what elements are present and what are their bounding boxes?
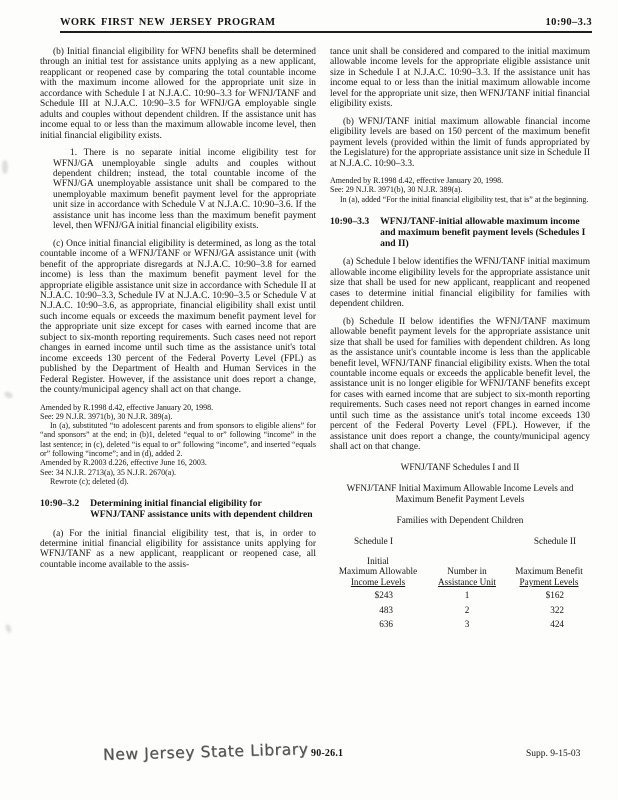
left-column: (b) Initial financial eligibility for WF… bbox=[40, 47, 316, 577]
header-line: Maximum Allowable bbox=[330, 566, 426, 577]
schedule-ii-label: Schedule II bbox=[534, 536, 576, 546]
history-line: See: 34 N.J.R. 2713(a), 35 N.J.R. 2670(a… bbox=[40, 468, 316, 477]
supplement-date: Supp. 9-15-03 bbox=[526, 749, 580, 759]
history-line: Amended by R.1998 d.42, effective Januar… bbox=[330, 176, 590, 185]
benefit-value: $162 bbox=[534, 588, 564, 603]
column-header-unit: Number in Assistance Unit bbox=[426, 556, 508, 588]
paragraph-a: (a) For the initial financial eligibilit… bbox=[40, 529, 316, 571]
section-heading-10-90-3-3: 10:90–3.3 WFNJ/TANF-initial allowable ma… bbox=[330, 216, 590, 250]
library-stamp: New Jersey State Library bbox=[103, 740, 309, 764]
right-column: tance unit shall be considered and compa… bbox=[330, 47, 590, 632]
header-line: Number in bbox=[426, 566, 508, 577]
header-line: Income Levels bbox=[330, 577, 426, 588]
table-cell: 1 bbox=[426, 588, 508, 603]
table-cell: 322 bbox=[508, 603, 590, 618]
history-line: Rewrote (c); deleted (d). bbox=[40, 477, 316, 486]
history-line: In (a), substituted “to adolescent paren… bbox=[40, 421, 316, 458]
history-line: Amended by R.2003 d.226, effective June … bbox=[40, 458, 316, 467]
scan-smudge bbox=[3, 390, 14, 399]
table-cell: 3 bbox=[426, 617, 508, 632]
table-cell: 636 bbox=[330, 617, 426, 632]
schedule-labels: Schedule I Schedule II bbox=[330, 536, 590, 546]
paragraph-b1: 1. There is no separate initial income e… bbox=[53, 148, 316, 232]
table-cell: $243 bbox=[330, 588, 426, 603]
section-number: 10:90–3.3 bbox=[330, 216, 369, 250]
table-cell: $162 bbox=[508, 588, 590, 603]
table-title: WFNJ/TANF Schedules I and II bbox=[330, 462, 590, 473]
benefit-value: 424 bbox=[534, 617, 564, 632]
section-heading-10-90-3-2: 10:90–3.2 Determining initial financial … bbox=[40, 498, 316, 520]
header-citation: 10:90–3.3 bbox=[546, 17, 592, 28]
history-line: In (a), added “For the initial financial… bbox=[330, 195, 590, 204]
table-cell: 2 bbox=[426, 603, 508, 618]
header-line: Initial bbox=[330, 556, 426, 567]
column-header-income: Initial Maximum Allowable Income Levels bbox=[330, 556, 426, 588]
table-subtitle: WFNJ/TANF Initial Maximum Allowable Inco… bbox=[334, 483, 586, 505]
amendment-history-right: Amended by R.1998 d.42, effective Januar… bbox=[330, 176, 590, 204]
paragraph-c: (c) Once initial financial eligibility i… bbox=[40, 239, 316, 396]
page-number: 90-26.1 bbox=[311, 748, 343, 759]
header-program-title: WORK FIRST NEW JERSEY PROGRAM bbox=[60, 17, 275, 28]
paragraph-b-right: (b) WFNJ/TANF initial maximum allowable … bbox=[330, 117, 590, 169]
scan-smudge bbox=[5, 623, 13, 633]
scan-smudge bbox=[2, 160, 8, 174]
schedule-grid: Initial Maximum Allowable Income Levels … bbox=[330, 556, 590, 632]
income-value: 636 bbox=[363, 617, 393, 632]
table-cell: 483 bbox=[330, 603, 426, 618]
income-value: $243 bbox=[363, 588, 393, 603]
header-line: Maximum Benefit bbox=[508, 566, 590, 577]
column-header-benefit: Maximum Benefit Payment Levels bbox=[508, 556, 590, 588]
table-caption: Families with Dependent Children bbox=[330, 515, 590, 526]
paragraph-b: (b) Initial financial eligibility for WF… bbox=[40, 47, 316, 141]
history-line: See: 29 N.J.R. 3971(b), 30 N.J.R. 389(a)… bbox=[40, 412, 316, 421]
header-line: Payment Levels bbox=[508, 577, 590, 588]
schedule-i-label: Schedule I bbox=[354, 536, 393, 546]
benefit-value: 322 bbox=[534, 603, 564, 618]
history-line: Amended by R.1998 d.42, effective Januar… bbox=[40, 403, 316, 412]
paragraph-a-right: (a) Schedule I below identifies the WFNJ… bbox=[330, 257, 590, 309]
paragraph-b2-right: (b) Schedule II below identifies the WFN… bbox=[330, 317, 590, 453]
income-value: 483 bbox=[363, 603, 393, 618]
table-cell: 424 bbox=[508, 617, 590, 632]
section-title: Determining initial financial eligibilit… bbox=[90, 498, 316, 520]
header-line: Assistance Unit bbox=[426, 577, 508, 588]
paragraph-continuation: tance unit shall be considered and compa… bbox=[330, 47, 590, 110]
section-number: 10:90–3.2 bbox=[40, 498, 79, 520]
section-title: WFNJ/TANF-initial allowable maximum inco… bbox=[380, 216, 590, 250]
page-header: WORK FIRST NEW JERSEY PROGRAM 10:90–3.3 bbox=[60, 17, 592, 33]
schedules-table: WFNJ/TANF Schedules I and II WFNJ/TANF I… bbox=[330, 462, 590, 632]
history-line: See: 29 N.J.R. 3971(b), 30 N.J.R. 389(a)… bbox=[330, 185, 590, 194]
amendment-history-left: Amended by R.1998 d.42, effective Januar… bbox=[40, 403, 316, 487]
document-page: WORK FIRST NEW JERSEY PROGRAM 10:90–3.3 … bbox=[0, 0, 618, 800]
